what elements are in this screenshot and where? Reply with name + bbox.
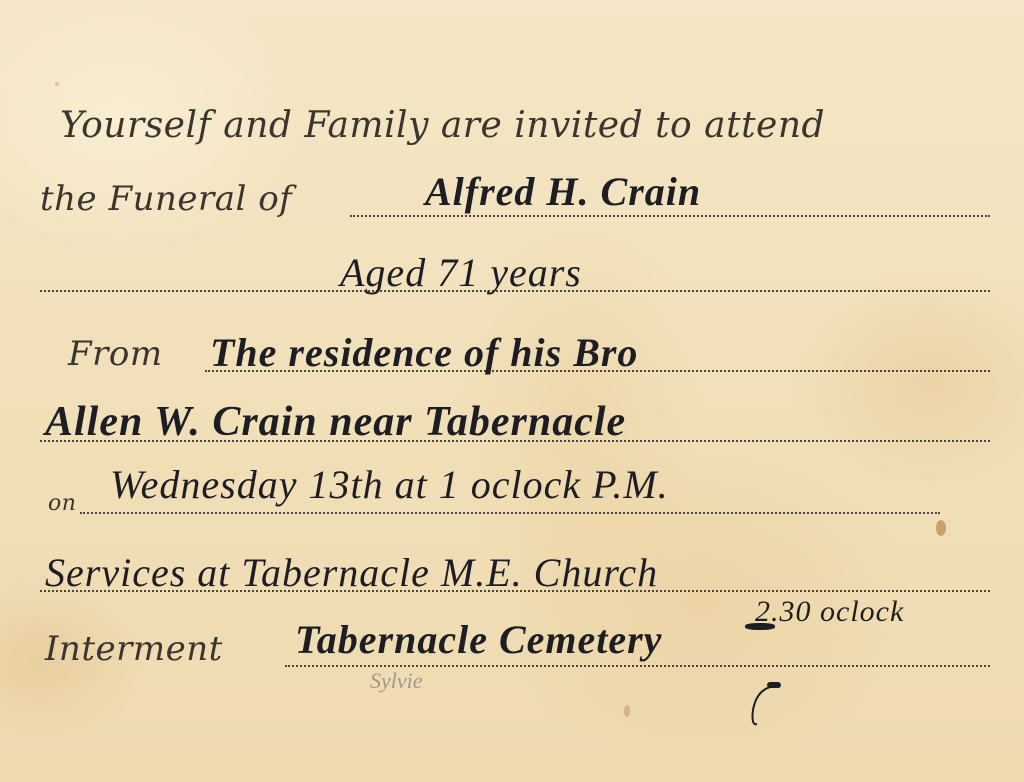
- line-date-time: on Wednesday 13th at 1 oclock P.M.: [40, 462, 990, 522]
- line-deceased-name: the Funeral of Alfred H. Crain: [40, 165, 990, 225]
- handwritten-age: Aged 71 years: [340, 249, 582, 296]
- handwritten-deceased-name: Alfred H. Crain: [425, 168, 701, 215]
- handwritten-residence-owner: Allen W. Crain near Tabernacle: [45, 398, 626, 446]
- line-services: Services at Tabernacle M.E. Church: [40, 540, 990, 600]
- printed-label: the Funeral of: [40, 179, 292, 219]
- line-age: Aged 71 years: [40, 240, 990, 300]
- handwritten-interment: Tabernacle Cemetery: [295, 616, 662, 663]
- paper-stain: [55, 82, 59, 86]
- printed-label: Interment: [45, 629, 223, 669]
- handwritten-residence: The residence of his Bro: [210, 329, 638, 376]
- printed-label: on: [48, 491, 76, 516]
- printed-text: Yourself and Family are invited to atten…: [60, 105, 825, 146]
- dotted-fill-line: [350, 215, 990, 217]
- line-invitation-heading: Yourself and Family are invited to atten…: [40, 92, 990, 152]
- handwritten-date-time: Wednesday 13th at 1 oclock P.M.: [110, 461, 669, 508]
- funeral-invitation-card: Yourself and Family are invited to atten…: [0, 0, 1024, 782]
- handwritten-services: Services at Tabernacle M.E. Church: [45, 549, 658, 596]
- ink-flourish-mark: [745, 680, 785, 730]
- line-interment: Interment Tabernacle Cemetery: [40, 615, 990, 675]
- paper-stain: [624, 705, 630, 717]
- dotted-fill-line: [285, 665, 990, 667]
- pencil-note: Sylvie: [370, 668, 423, 694]
- dotted-fill-line: [80, 512, 940, 514]
- paper-stain: [936, 520, 946, 536]
- line-residence-owner: Allen W. Crain near Tabernacle: [40, 390, 990, 450]
- printed-label: From: [68, 334, 163, 374]
- line-from-residence: From The residence of his Bro: [40, 320, 990, 380]
